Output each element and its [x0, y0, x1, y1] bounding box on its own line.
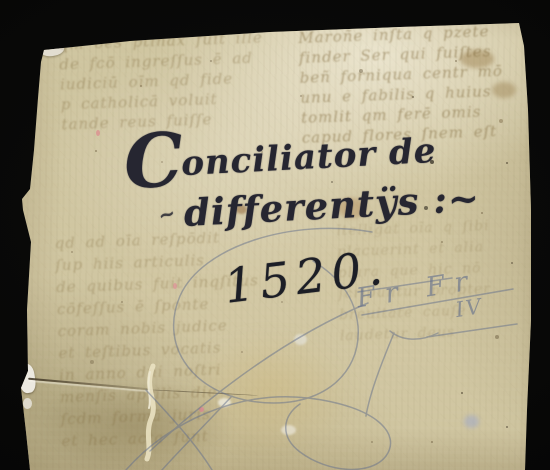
title-initial-letter: C	[123, 131, 183, 192]
photo-backdrop: qm oēs ptinax fuit illede fcō ingreſſus …	[0, 0, 550, 470]
red-spine-remnant	[19, 62, 35, 142]
vellum-cover: qm oēs ptinax fuit illede fcō ingreſſus …	[0, 0, 550, 470]
pencil-scribbles	[0, 0, 550, 470]
title-flourish-mark: ~	[155, 200, 178, 228]
red-spine-fleck	[23, 148, 30, 163]
pencil-shelfmark-sub: IV	[454, 294, 485, 322]
speckle-field	[0, 0, 2, 2]
